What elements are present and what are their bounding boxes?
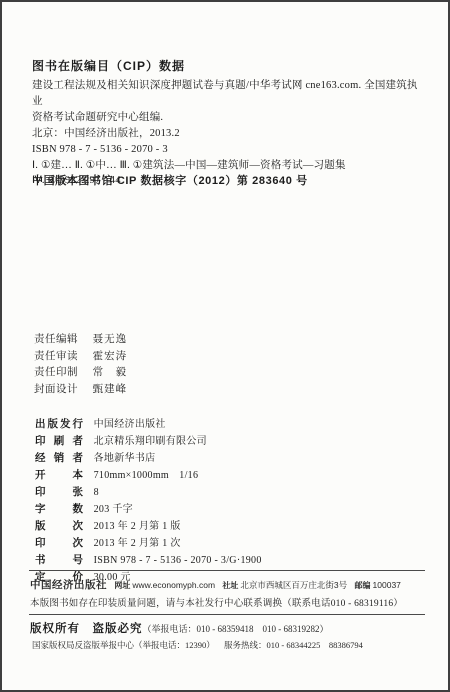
publication-row: 字数 203 千字 <box>35 501 262 518</box>
publication-label: 经销者 <box>35 450 83 466</box>
staff-role: 责任审读 <box>34 349 80 366</box>
postcode-label: 邮编 <box>355 581 371 590</box>
publication-row: 经销者 各地新华书店 <box>35 450 262 467</box>
publication-row: 印张 8 <box>35 484 262 501</box>
cip-line: 建设工程法规及相关知识深度押题试卷与真题/中华考试网 cne163.com. 全… <box>32 78 422 110</box>
address-label: 社址 <box>222 581 238 590</box>
staff-credits: 责任编辑 聂无逸 责任审读 霍宏涛 责任印制 常 毅 封面设计 甄建峰 <box>34 332 127 399</box>
staff-name: 霍宏涛 <box>93 351 128 362</box>
divider-line <box>29 614 425 615</box>
staff-name: 甄建峰 <box>93 384 128 395</box>
publication-row: 书号 ISBN 978 - 7 - 5136 - 2070 - 3/G·1900 <box>35 552 262 569</box>
cip-record-number: 中国版本图书馆 CIP 数据核字（2012）第 283640 号 <box>32 172 308 188</box>
publication-row: 出版发行 中国经济出版社 <box>35 416 262 433</box>
publication-label: 字数 <box>35 501 83 517</box>
publication-label: 开本 <box>35 467 83 483</box>
service-hotline-text: 服务热线：010 - 68344225 88386794 <box>224 639 363 651</box>
postcode-value: 100037 <box>373 580 401 590</box>
publisher-contact-line: 中国经济出版社 网址www.economyph.com 社址北京市西城区百万庄北… <box>30 577 428 592</box>
publication-value: 2013 年 2 月第 1 版 <box>94 521 181 532</box>
staff-name: 常 毅 <box>93 367 128 378</box>
divider-line <box>29 570 425 571</box>
copyright-notice: 版权所有 盗版必究（举报电话：010 - 68359418 010 - 6831… <box>30 619 329 637</box>
publication-row: 印次 2013 年 2 月第 1 次 <box>35 535 262 552</box>
staff-role: 责任印制 <box>34 365 80 382</box>
cip-line: ISBN 978 - 7 - 5136 - 2070 - 3 <box>32 142 422 158</box>
cip-line: 北京：中国经济出版社，2013.2 <box>32 126 422 142</box>
publication-label: 印张 <box>35 484 83 500</box>
publication-value: 中国经济出版社 <box>94 419 166 430</box>
piracy-center-text: 国家版权局反盗版举报中心（举报电话：12390） <box>32 640 215 650</box>
staff-row: 责任编辑 聂无逸 <box>34 332 127 349</box>
piracy-report-line: 国家版权局反盗版举报中心（举报电话：12390） 服务热线：010 - 6834… <box>32 639 428 651</box>
staff-role: 责任编辑 <box>34 332 80 349</box>
publication-details: 出版发行 中国经济出版社 印刷者 北京精乐翔印刷有限公司 经销者 各地新华书店 … <box>35 416 262 586</box>
publication-label: 出版发行 <box>35 416 83 432</box>
publication-row: 开本 710mm×1000mm 1/16 <box>35 467 262 484</box>
staff-row: 封面设计 甄建峰 <box>34 382 127 399</box>
publication-value: 2013 年 2 月第 1 次 <box>94 538 181 549</box>
website-url: www.economyph.com <box>132 580 215 590</box>
publication-value: 710mm×1000mm 1/16 <box>94 470 199 481</box>
staff-role: 封面设计 <box>34 382 80 399</box>
publication-label: 印次 <box>35 535 83 551</box>
address-text: 北京市西城区百万庄北街3号 <box>240 580 347 590</box>
publication-value: 各地新华书店 <box>94 453 156 464</box>
staff-name: 聂无逸 <box>93 334 128 345</box>
publisher-name: 中国经济出版社 <box>30 579 107 591</box>
quality-notice: 本版图书如存在印装质量问题，请与本社发行中心联系调换（联系电话010 - 683… <box>30 595 428 609</box>
publication-label: 书号 <box>35 552 83 568</box>
website-label: 网址 <box>114 581 130 590</box>
cip-line: 资格考试命题研究中心组编. <box>32 110 422 126</box>
book-copyright-page: 图书在版编目（CIP）数据 建设工程法规及相关知识深度押题试卷与真题/中华考试网… <box>0 0 450 692</box>
copyright-statement: 版权所有 盗版必究 <box>30 623 143 635</box>
publication-label: 印刷者 <box>35 433 83 449</box>
cip-heading: 图书在版编目（CIP）数据 <box>32 57 185 74</box>
publication-value: 203 千字 <box>94 504 133 515</box>
publication-row: 版次 2013 年 2 月第 1 版 <box>35 518 262 535</box>
publication-value: 8 <box>94 487 99 498</box>
staff-row: 责任印制 常 毅 <box>34 365 127 382</box>
copyright-phones: （举报电话：010 - 68359418 010 - 68319282） <box>143 624 329 634</box>
publication-value: ISBN 978 - 7 - 5136 - 2070 - 3/G·1900 <box>94 555 262 566</box>
staff-row: 责任审读 霍宏涛 <box>34 349 127 366</box>
publication-value: 北京精乐翔印刷有限公司 <box>94 436 207 447</box>
publication-row: 印刷者 北京精乐翔印刷有限公司 <box>35 433 262 450</box>
publication-label: 版次 <box>35 518 83 534</box>
